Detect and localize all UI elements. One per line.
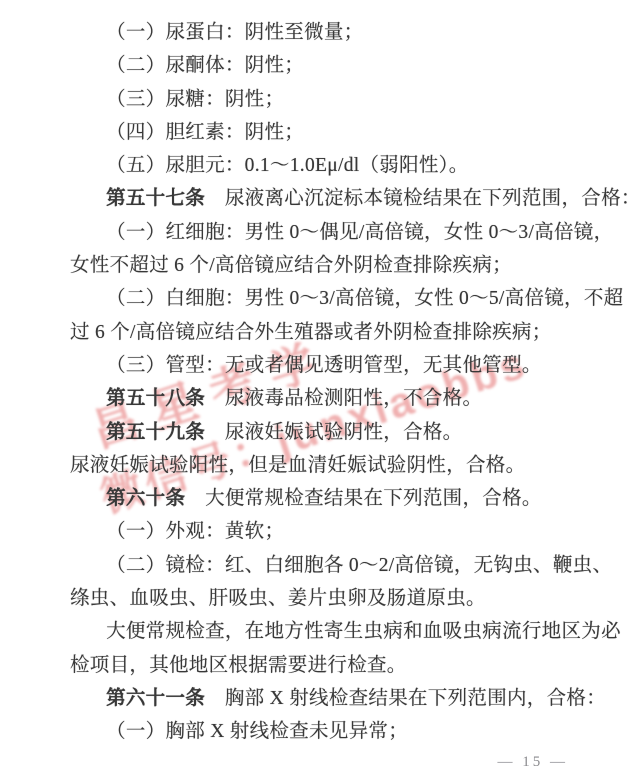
doc-line: （二）镜检：红、白细胞各 0～2/高倍镜，无钩虫、鞭虫、 bbox=[70, 549, 582, 582]
article-number: 第五十七条 bbox=[106, 188, 205, 209]
line-text: 尿液妊娠试验阴性，合格。 bbox=[205, 422, 462, 443]
doc-line: （三）尿糖：阴性； bbox=[70, 83, 582, 116]
doc-line: 第五十七条 尿液离心沉淀标本镜检结果在下列范围，合格： bbox=[70, 182, 582, 215]
line-text: 过 6 个/高倍镜应结合外生殖器或者外阴检查排除疾病； bbox=[70, 322, 552, 343]
line-text: （一）尿蛋白：阴性至微量； bbox=[106, 22, 363, 43]
doc-line: 第五十九条 尿液妊娠试验阴性，合格。 bbox=[70, 416, 582, 449]
line-text: 大便常规检查，在地方性寄生虫病和血吸虫病流行地区为必 bbox=[106, 621, 621, 642]
doc-line: （五）尿胆元：0.1～1.0Eμ/dl（弱阳性）。 bbox=[70, 149, 582, 182]
doc-line: 过 6 个/高倍镜应结合外生殖器或者外阴检查排除疾病； bbox=[70, 316, 582, 349]
doc-line: （二）尿酮体：阴性； bbox=[70, 49, 582, 82]
line-text: （二）镜检：红、白细胞各 0～2/高倍镜，无钩虫、鞭虫、 bbox=[106, 555, 612, 576]
doc-line: 第六十一条 胸部 X 射线检查结果在下列范围内，合格： bbox=[70, 682, 582, 715]
doc-line: 尿液妊娠试验阳性，但是血清妊娠试验阴性，合格。 bbox=[70, 449, 582, 482]
line-text: 尿液毒品检测阳性，不合格。 bbox=[205, 388, 482, 409]
line-text: （一）胸部 X 射线检查未见异常； bbox=[106, 721, 408, 742]
line-text: 大便常规检查结果在下列范围，合格。 bbox=[185, 488, 541, 509]
doc-line: 第六十条 大便常规检查结果在下列范围，合格。 bbox=[70, 482, 582, 515]
page-number: — 15 — bbox=[498, 754, 569, 771]
article-number: 第五十八条 bbox=[106, 388, 205, 409]
doc-line: （三）管型：无或者偶见透明管型，无其他管型。 bbox=[70, 349, 582, 382]
line-text: （二）尿酮体：阴性； bbox=[106, 55, 304, 76]
doc-line: 大便常规检查，在地方性寄生虫病和血吸虫病流行地区为必 bbox=[70, 615, 582, 648]
doc-line: 绦虫、血吸虫、肝吸虫、姜片虫卵及肠道原虫。 bbox=[70, 582, 582, 615]
line-text: 尿液妊娠试验阳性，但是血清妊娠试验阴性，合格。 bbox=[70, 455, 525, 476]
doc-line: 女性不超过 6 个/高倍镜应结合外阴检查排除疾病； bbox=[70, 249, 582, 282]
line-text: （五）尿胆元：0.1～1.0Eμ/dl（弱阳性）。 bbox=[106, 155, 468, 176]
document-page: 昌星考学 微信号：junxiaobbs （一）尿蛋白：阴性至微量；（二）尿酮体：… bbox=[0, 0, 640, 777]
doc-line: （一）胸部 X 射线检查未见异常； bbox=[70, 715, 582, 748]
line-text: （二）白细胞：男性 0～3/高倍镜，女性 0～5/高倍镜，不超 bbox=[106, 288, 623, 309]
article-number: 第六十条 bbox=[106, 488, 185, 509]
line-text: （三）管型：无或者偶见透明管型，无其他管型。 bbox=[106, 355, 542, 376]
line-text: 胸部 X 射线检查结果在下列范围内，合格： bbox=[205, 688, 606, 709]
line-text: 尿液离心沉淀标本镜检结果在下列范围，合格： bbox=[205, 188, 640, 209]
doc-line: （一）外观：黄软； bbox=[70, 515, 582, 548]
line-text: 女性不超过 6 个/高倍镜应结合外阴检查排除疾病； bbox=[70, 255, 512, 276]
document-body: （一）尿蛋白：阴性至微量；（二）尿酮体：阴性；（三）尿糖：阴性；（四）胆红素：阴… bbox=[70, 16, 582, 749]
doc-line: 检项目，其他地区根据需要进行检查。 bbox=[70, 649, 582, 682]
line-text: （四）胆红素：阴性； bbox=[106, 122, 304, 143]
article-number: 第六十一条 bbox=[106, 688, 205, 709]
doc-line: （四）胆红素：阴性； bbox=[70, 116, 582, 149]
article-number: 第五十九条 bbox=[106, 422, 205, 443]
line-text: 绦虫、血吸虫、肝吸虫、姜片虫卵及肠道原虫。 bbox=[70, 588, 486, 609]
doc-line: （一）红细胞：男性 0～偶见/高倍镜，女性 0～3/高倍镜， bbox=[70, 216, 582, 249]
doc-line: （二）白细胞：男性 0～3/高倍镜，女性 0～5/高倍镜，不超 bbox=[70, 282, 582, 315]
doc-line: （一）尿蛋白：阴性至微量； bbox=[70, 16, 582, 49]
line-text: （一）红细胞：男性 0～偶见/高倍镜，女性 0～3/高倍镜， bbox=[106, 222, 613, 243]
line-text: 检项目，其他地区根据需要进行检查。 bbox=[70, 655, 407, 676]
line-text: （三）尿糖：阴性； bbox=[106, 89, 284, 110]
line-text: （一）外观：黄软； bbox=[106, 521, 284, 542]
doc-line: 第五十八条 尿液毒品检测阳性，不合格。 bbox=[70, 382, 582, 415]
